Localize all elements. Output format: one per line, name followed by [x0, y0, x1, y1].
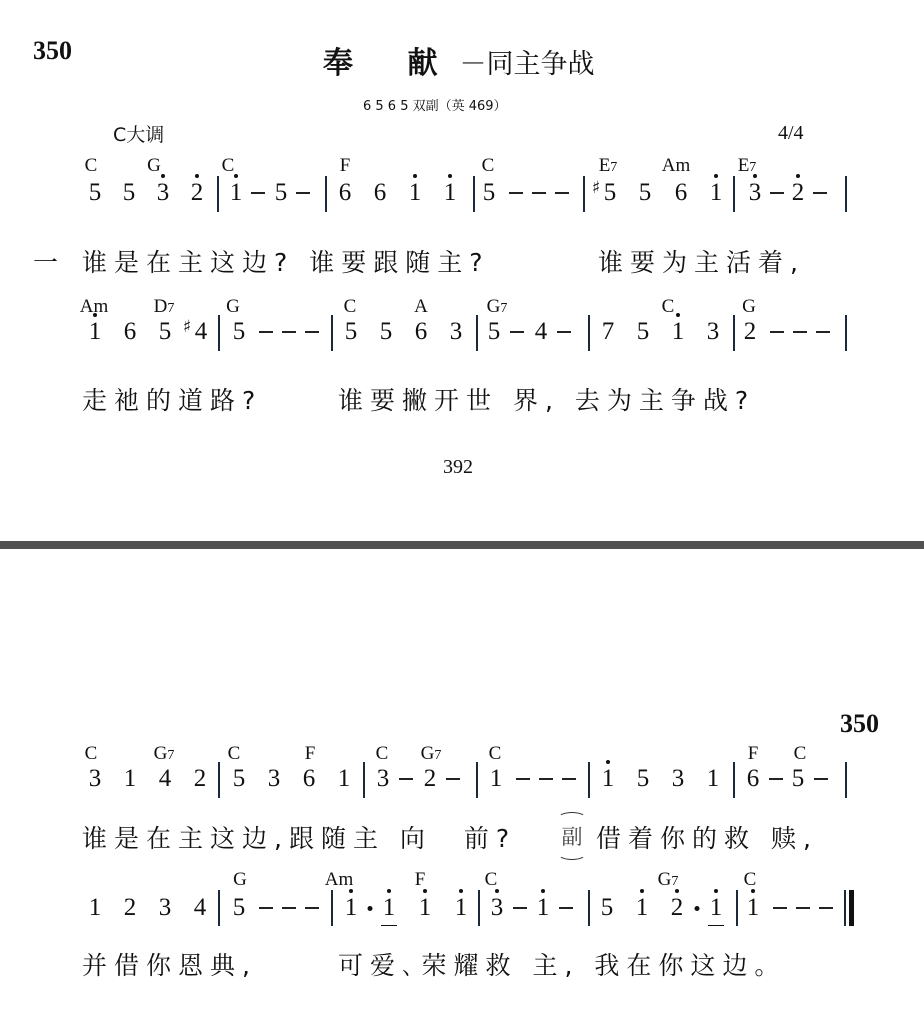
chord-symbol: D7 — [154, 296, 175, 318]
octave-dot-above — [714, 174, 718, 178]
note: 5 — [376, 319, 396, 344]
octave-dot-above — [640, 889, 644, 893]
sustain-dash — [532, 192, 546, 194]
sustain-dash — [305, 907, 319, 909]
note: 5 — [229, 895, 249, 920]
sustain-dash — [816, 331, 830, 333]
sustain-dash — [539, 778, 553, 780]
note: 5 — [479, 180, 499, 205]
note: 2 — [190, 766, 210, 791]
octave-dot-above — [751, 889, 755, 893]
octave-dot-above — [349, 889, 353, 893]
note: 7 — [598, 319, 618, 344]
note: 6 — [370, 180, 390, 205]
page-divider — [0, 541, 924, 549]
bar-line — [733, 176, 735, 212]
octave-dot-above — [413, 174, 417, 178]
sustain-dash — [796, 907, 810, 909]
note: 3 — [155, 895, 175, 920]
chord-symbol: E7 — [599, 155, 618, 177]
sustain-dash — [259, 331, 273, 333]
bar-line — [476, 762, 478, 798]
note: 1 — [120, 766, 140, 791]
lyric-line-1b: 谁要为主活着, — [598, 243, 805, 279]
bar-line — [845, 176, 847, 212]
sustain-dash — [282, 331, 296, 333]
note: 1 — [703, 766, 723, 791]
bar-line — [845, 315, 847, 351]
title-main: 奉 献 — [323, 46, 459, 81]
note: 5 — [484, 319, 504, 344]
hymn-number: 350 — [33, 36, 72, 66]
note: 5 — [119, 180, 139, 205]
chord-symbol: C — [376, 743, 389, 765]
chord-symbol: G7 — [154, 743, 175, 765]
chord-symbol: C — [222, 155, 235, 177]
chord-symbol: F — [340, 155, 351, 177]
lyric-line-2b: 谁要撇开世 界, 去为主争战? — [338, 381, 755, 417]
chord-symbol: G7 — [487, 296, 508, 318]
note: 1 — [85, 895, 105, 920]
sustain-dash — [793, 331, 807, 333]
octave-dot-above — [541, 889, 545, 893]
octave-dot-above — [161, 174, 165, 178]
sharp-icon: ♯ — [592, 178, 600, 198]
octave-dot-above — [387, 889, 391, 893]
note: 5 — [597, 895, 617, 920]
bar-line — [473, 176, 475, 212]
bar-line — [588, 890, 590, 926]
chord-symbol: G7 — [421, 743, 442, 765]
note: 5 — [633, 766, 653, 791]
augmentation-dot — [368, 906, 373, 911]
sustain-dash — [296, 192, 310, 194]
chord-symbol: C — [85, 155, 98, 177]
sustain-dash — [510, 331, 524, 333]
lyric-line-3a: 谁是在主这边,跟随主 向 前? — [82, 819, 516, 855]
chord-symbol: Am — [325, 869, 354, 891]
bar-line — [218, 315, 220, 351]
chord-symbol: F — [415, 869, 426, 891]
lyric-line-2a: 走祂的道路? — [82, 381, 262, 417]
note: 3 — [703, 319, 723, 344]
note: 6 — [671, 180, 691, 205]
verse-number: 一 — [33, 243, 58, 279]
note: 1 — [341, 895, 361, 920]
note: 5 — [229, 319, 249, 344]
octave-dot-above — [676, 313, 680, 317]
octave-dot-above — [606, 760, 610, 764]
note: 3 — [487, 895, 507, 920]
octave-dot-above — [675, 889, 679, 893]
augmentation-dot — [695, 906, 700, 911]
chord-symbol: C — [485, 869, 498, 891]
sustain-dash — [559, 907, 573, 909]
note: 5 — [635, 180, 655, 205]
note: 1 — [706, 895, 726, 920]
chord-symbol: C — [482, 155, 495, 177]
note: 3 — [264, 766, 284, 791]
note: 5 — [229, 766, 249, 791]
bar-line — [583, 176, 585, 212]
note: 5 — [341, 319, 361, 344]
note: 5 — [600, 180, 620, 205]
note: 5 — [85, 180, 105, 205]
octave-dot-above — [459, 889, 463, 893]
bar-line — [363, 762, 365, 798]
note: 3 — [446, 319, 466, 344]
chord-symbol: G7 — [658, 869, 679, 891]
chord-symbol: C — [744, 869, 757, 891]
lyric-line-4a: 并借你恩典, — [82, 946, 257, 982]
hymn-title: 奉 献－同主争战 — [323, 38, 594, 82]
note: 6 — [743, 766, 763, 791]
bar-line — [478, 890, 480, 926]
chord-symbol: G — [233, 869, 247, 891]
note: 2 — [187, 180, 207, 205]
note: 1 — [486, 766, 506, 791]
refrain-mark: 副 — [559, 821, 585, 851]
chord-symbol: C — [489, 743, 502, 765]
note: 6 — [120, 319, 140, 344]
time-signature: 4/4 — [778, 122, 804, 145]
bar-line — [736, 890, 738, 926]
sustain-dash — [773, 907, 787, 909]
sustain-dash — [814, 778, 828, 780]
octave-dot-above — [495, 889, 499, 893]
sustain-dash — [557, 331, 571, 333]
chord-symbol: F — [748, 743, 759, 765]
chord-symbol: G — [742, 296, 756, 318]
chord-symbol: C — [794, 743, 807, 765]
sharp-icon: ♯ — [183, 317, 191, 337]
note: 6 — [335, 180, 355, 205]
note: 5 — [155, 319, 175, 344]
chord-symbol: C — [662, 296, 675, 318]
chord-symbol: F — [305, 743, 316, 765]
note: 2 — [120, 895, 140, 920]
bar-line — [845, 762, 847, 798]
bar-line — [844, 890, 846, 926]
sustain-dash — [513, 907, 527, 909]
bar-line — [217, 176, 219, 212]
sustain-dash — [562, 778, 576, 780]
sustain-dash — [509, 192, 523, 194]
chord-symbol: Am — [662, 155, 691, 177]
note: 1 — [632, 895, 652, 920]
note: 6 — [411, 319, 431, 344]
lyric-line-4b: 可爱､荣耀救 主, 我在你这边。 — [338, 946, 786, 982]
note: 1 — [743, 895, 763, 920]
final-bar-line — [849, 890, 854, 926]
bar-line — [218, 890, 220, 926]
note: 3 — [745, 180, 765, 205]
note: 3 — [153, 180, 173, 205]
sustain-dash — [516, 778, 530, 780]
note: 1 — [415, 895, 435, 920]
note: 6 — [299, 766, 319, 791]
note: 1 — [706, 180, 726, 205]
note: 5 — [271, 180, 291, 205]
octave-dot-above — [796, 174, 800, 178]
page-number: 392 — [443, 456, 473, 479]
chord-symbol: C — [85, 743, 98, 765]
octave-dot-above — [234, 174, 238, 178]
octave-dot-above — [93, 313, 97, 317]
bar-line — [476, 315, 478, 351]
lyric-line-1a: 谁是在主这边? 谁要跟随主? — [82, 243, 490, 279]
chord-symbol: A — [414, 296, 428, 318]
sustain-dash — [305, 331, 319, 333]
note: 1 — [440, 180, 460, 205]
title-subtitle: －同主争战 — [459, 49, 594, 80]
note: 1 — [379, 895, 399, 920]
bar-line — [733, 315, 735, 351]
note: 1 — [334, 766, 354, 791]
note: 2 — [740, 319, 760, 344]
bar-line — [325, 176, 327, 212]
sustain-dash — [446, 778, 460, 780]
sustain-dash — [819, 907, 833, 909]
octave-dot-above — [423, 889, 427, 893]
hymn-number-bottom: 350 — [840, 709, 879, 739]
sustain-dash — [282, 907, 296, 909]
refrain-arc-bottom — [558, 848, 586, 860]
octave-dot-above — [753, 174, 757, 178]
sustain-dash — [399, 778, 413, 780]
bar-line — [331, 315, 333, 351]
chord-symbol: G — [147, 155, 161, 177]
note: 4 — [531, 319, 551, 344]
note: 4 — [155, 766, 175, 791]
sustain-dash — [770, 192, 784, 194]
note: 1 — [405, 180, 425, 205]
note: 1 — [598, 766, 618, 791]
sustain-dash — [555, 192, 569, 194]
note: 5 — [633, 319, 653, 344]
note: 4 — [191, 319, 211, 344]
note: 1 — [451, 895, 471, 920]
chord-symbol: C — [228, 743, 241, 765]
note: 4 — [190, 895, 210, 920]
octave-dot-above — [195, 174, 199, 178]
key-signature: C大调 — [113, 120, 164, 147]
note: 2 — [788, 180, 808, 205]
bar-line — [588, 315, 590, 351]
octave-dot-above — [714, 889, 718, 893]
sustain-dash — [251, 192, 265, 194]
note: 1 — [533, 895, 553, 920]
note: 2 — [420, 766, 440, 791]
note: 5 — [788, 766, 808, 791]
note: 3 — [373, 766, 393, 791]
chord-symbol: G — [226, 296, 240, 318]
bar-line — [331, 890, 333, 926]
sustain-dash — [259, 907, 273, 909]
bar-line — [588, 762, 590, 798]
note: 1 — [85, 319, 105, 344]
sustain-dash — [769, 778, 783, 780]
sustain-dash — [813, 192, 827, 194]
meter-info: 6 5 6 5 双副（英 469） — [363, 95, 507, 114]
lyric-line-3b: 借着你的救 赎, — [596, 819, 818, 855]
chord-symbol: C — [344, 296, 357, 318]
bar-line — [733, 762, 735, 798]
octave-dot-above — [448, 174, 452, 178]
note: 3 — [668, 766, 688, 791]
bar-line — [218, 762, 220, 798]
note: 1 — [668, 319, 688, 344]
note: 3 — [85, 766, 105, 791]
note: 2 — [667, 895, 687, 920]
note: 1 — [226, 180, 246, 205]
sustain-dash — [770, 331, 784, 333]
